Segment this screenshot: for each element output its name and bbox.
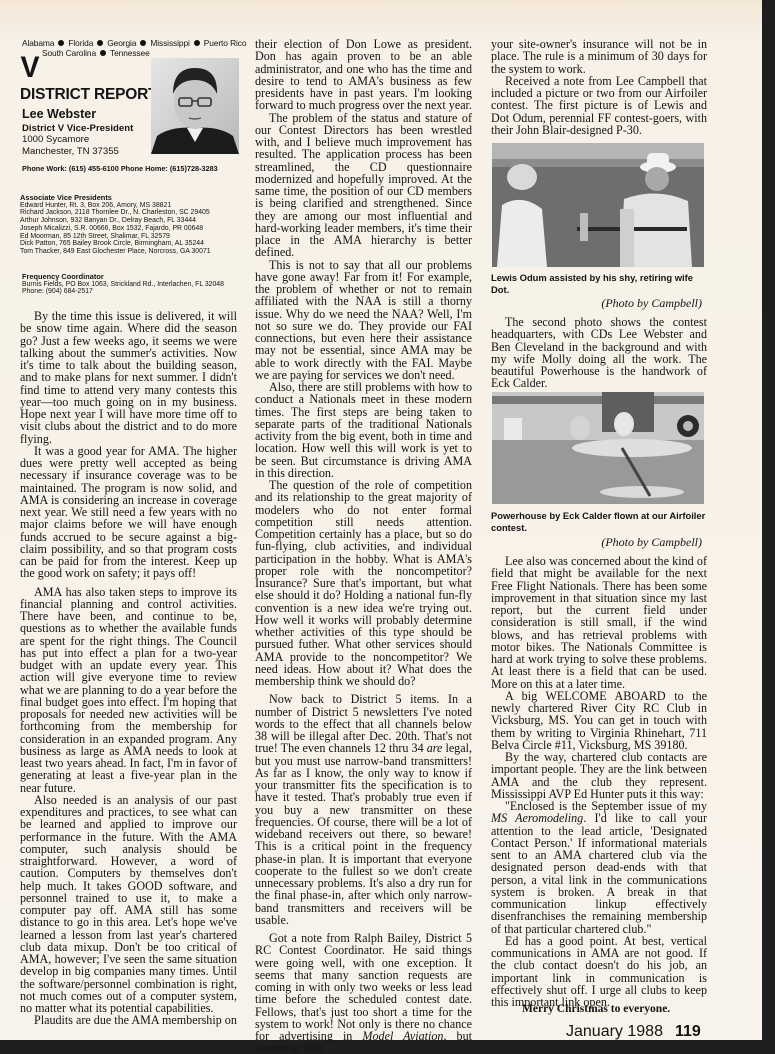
associate-vp-entry: Arthur Johnson, 932 Banyan Dr., Delray B… bbox=[20, 217, 252, 225]
publication-title: Model Aviation bbox=[362, 1029, 443, 1043]
closing-line: Merry Christmas to everyone. bbox=[522, 1003, 670, 1015]
paragraph: By the way, chartered club contacts are … bbox=[491, 751, 707, 800]
text-run: Got a note from Ralph Bailey, District 5… bbox=[255, 931, 472, 1043]
associate-vp-entry: Tom Thacker, 849 East Glochester Place, … bbox=[20, 248, 252, 256]
associate-vp-entry: Ed Moorman, 85 12th Street, Shalimar, FL… bbox=[20, 233, 252, 241]
bullet-icon bbox=[194, 40, 200, 46]
district-numeral: V bbox=[21, 53, 40, 83]
page-footer: January 1988119 bbox=[566, 1023, 701, 1041]
state-label: Alabama bbox=[22, 38, 54, 48]
paragraph: their election of Don Lowe as president.… bbox=[255, 38, 472, 112]
photo-powerhouse-model bbox=[492, 392, 704, 504]
quote-paragraph: "Enclosed is the September issue of my M… bbox=[491, 800, 707, 935]
district-states: AlabamaFloridaGeorgiaMississippiPuerto R… bbox=[22, 38, 247, 58]
frequency-coordinator-address: Burnis Fields, PO Box 1063, Strickland R… bbox=[22, 281, 252, 289]
photo-image-icon bbox=[492, 392, 704, 504]
photo-1-credit: (Photo by Campbell) bbox=[601, 296, 702, 311]
author-phones: Phone Work: (615) 455-6100 Phone Home: (… bbox=[22, 164, 218, 173]
text-run: legal, but you must use narrow-band tran… bbox=[255, 741, 472, 927]
state-label: Puerto Rico bbox=[204, 38, 247, 48]
article-column-3-middle: The second photo shows the contest headq… bbox=[491, 316, 707, 390]
associate-vps-heading: Associate Vice Presidents bbox=[20, 194, 252, 202]
author-role: District V Vice-President bbox=[22, 123, 133, 134]
photo-image-icon bbox=[492, 143, 704, 267]
bullet-icon bbox=[140, 40, 146, 46]
frequency-coordinator: Frequency Coordinator Burnis Fields, PO … bbox=[22, 273, 252, 296]
state-label: Florida bbox=[68, 38, 93, 48]
states-line-2: South CarolinaTennessee bbox=[22, 48, 247, 58]
address-line: 1000 Sycamore bbox=[22, 134, 119, 146]
state-label: Tennessee bbox=[110, 48, 150, 58]
bullet-icon bbox=[97, 40, 103, 46]
state-label: Georgia bbox=[107, 38, 136, 48]
article-column-1: By the time this issue is delivered, it … bbox=[20, 310, 237, 1027]
section-title: DISTRICT REPORT bbox=[20, 86, 157, 104]
paragraph: Got a note from Ralph Bailey, District 5… bbox=[255, 932, 472, 1054]
paragraph: your site-owner's insurance will not be … bbox=[491, 38, 707, 75]
photo-2-credit: (Photo by Campbell) bbox=[601, 535, 702, 550]
bullet-icon bbox=[100, 50, 106, 56]
paragraph: It was a good year for AMA. The higher d… bbox=[20, 445, 237, 580]
article-column-2: their election of Don Lowe as president.… bbox=[255, 38, 472, 1054]
paragraph: The problem of the status and stature of… bbox=[255, 112, 472, 259]
frequency-coordinator-phone: Phone: (904) 684-2517 bbox=[22, 288, 252, 296]
states-line-1: AlabamaFloridaGeorgiaMississippiPuerto R… bbox=[22, 38, 247, 48]
portrait-photo-icon bbox=[151, 58, 239, 154]
paragraph: Received a note from Lee Campbell that i… bbox=[491, 75, 707, 136]
author-address: 1000 Sycamore Manchester, TN 37355 bbox=[22, 134, 119, 157]
magazine-page: AlabamaFloridaGeorgiaMississippiPuerto R… bbox=[0, 0, 762, 1040]
paragraph: This is not to say that all our problems… bbox=[255, 259, 472, 382]
article-column-3-bottom: Lee also was concerned about the kind of… bbox=[491, 555, 707, 1008]
author-name: Lee Webster bbox=[22, 107, 96, 121]
paragraph: The second photo shows the contest headq… bbox=[491, 316, 707, 390]
associate-vp-entry: Joseph Micalizzi, S.R. 00666, Box 1532, … bbox=[20, 225, 252, 233]
associate-vps: Associate Vice Presidents Edward Hunter,… bbox=[20, 194, 252, 256]
associate-vp-entry: Dick Patton, 765 Bailey Brook Circle, Bi… bbox=[20, 240, 252, 248]
paragraph: AMA has also taken steps to improve its … bbox=[20, 586, 237, 794]
article-column-3-top: your site-owner's insurance will not be … bbox=[491, 38, 707, 136]
paragraph: Also, there are still problems with how … bbox=[255, 381, 472, 479]
paragraph: A big WELCOME ABOARD to the newly charte… bbox=[491, 690, 707, 751]
associate-vp-entry: Edward Hunter, Rt. 3, Box 206, Amory, MS… bbox=[20, 202, 252, 210]
paragraph: Also needed is an analysis of our past e… bbox=[20, 794, 237, 1015]
bullet-icon bbox=[58, 40, 64, 46]
author-portrait bbox=[151, 58, 239, 154]
photo-1-caption: Lewis Odum assisted by his shy, retiring… bbox=[491, 272, 706, 295]
paragraph: Ed has a good point. At best, vertical c… bbox=[491, 935, 707, 1009]
text-run: . I'd like to call your attention to the… bbox=[491, 811, 707, 935]
photo-2-caption: Powerhouse by Eck Calder flown at our Ai… bbox=[491, 510, 706, 533]
associate-vp-entry: Richard Jackson, 2118 Thornlee Dr., N. C… bbox=[20, 209, 252, 217]
paragraph: Lee also was concerned about the kind of… bbox=[491, 555, 707, 690]
state-label: South Carolina bbox=[42, 48, 96, 58]
paragraph: Now back to District 5 items. In a numbe… bbox=[255, 693, 472, 926]
frequency-coordinator-heading: Frequency Coordinator bbox=[22, 273, 252, 281]
paragraph: The question of the role of competition … bbox=[255, 479, 472, 687]
paragraph: By the time this issue is delivered, it … bbox=[20, 310, 237, 445]
photo-lewis-and-dot-odum bbox=[492, 143, 704, 267]
address-line: Manchester, TN 37355 bbox=[22, 146, 119, 158]
issue-date: January 1988 bbox=[566, 1023, 663, 1040]
state-label: Mississippi bbox=[150, 38, 189, 48]
paragraph: Plaudits are due the AMA membership on bbox=[20, 1014, 237, 1026]
page-number: 119 bbox=[675, 1023, 701, 1040]
